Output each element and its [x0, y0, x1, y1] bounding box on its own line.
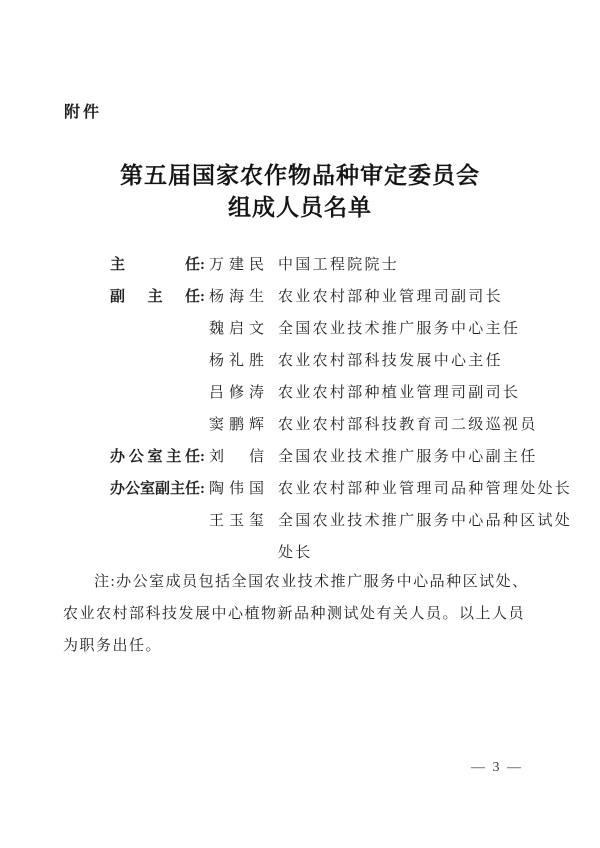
- attachment-label: 附件: [64, 99, 102, 122]
- member-name: 万建民: [209, 249, 265, 281]
- role-colon: :: [200, 249, 209, 281]
- member-name: 陶伟国: [209, 473, 265, 505]
- document-page: 附件 第五届国家农作物品种审定委员会 组成人员名单 主任: 万建民 中国工程院院…: [0, 0, 600, 848]
- member-title: 农业农村部科技发展中心主任: [278, 345, 574, 377]
- document-title-line2: 组成人员名单: [0, 192, 600, 224]
- role-label: 主任: [110, 249, 200, 281]
- roster-row-vice-chairman: 副主任: 杨海生 农业农村部种业管理司副司长: [110, 281, 574, 313]
- member-name: 魏启文: [209, 313, 265, 345]
- roster-row: 王玉玺 全国农业技术推广服务中心品种区试处处长: [110, 505, 574, 569]
- roster-row: 杨礼胜 农业农村部科技发展中心主任: [110, 345, 574, 377]
- member-title: 中国工程院院士: [278, 249, 574, 281]
- member-title: 全国农业技术推广服务中心品种区试处处长: [278, 505, 574, 569]
- role-colon: :: [200, 473, 209, 505]
- role-label: 办公室主任: [110, 441, 200, 473]
- roster-row-office-deputy-director: 办公室副主任: 陶伟国 农业农村部种业管理司品种管理处处长: [110, 473, 574, 505]
- footnote-line: 为职务出任。: [63, 630, 541, 662]
- member-title: 农业农村部种业管理司品种管理处处长: [278, 473, 574, 505]
- footnote: 注:办公室成员包括全国农业技术推广服务中心品种区试处、 农业农村部科技发展中心植…: [63, 566, 541, 662]
- member-title: 农业农村部种植业管理司副司长: [278, 377, 574, 409]
- member-title: 农业农村部科技教育司二级巡视员: [278, 409, 574, 441]
- role-colon: :: [200, 281, 209, 313]
- role-label: 副主任: [110, 281, 200, 313]
- roster-row: 吕修涛 农业农村部种植业管理司副司长: [110, 377, 574, 409]
- roster-row: 魏启文 全国农业技术推广服务中心主任: [110, 313, 574, 345]
- member-title: 全国农业技术推广服务中心主任: [278, 313, 574, 345]
- page-number: — 3 —: [471, 760, 523, 776]
- member-name: 窦鹏辉: [209, 409, 265, 441]
- footnote-line: 农业农村部科技发展中心植物新品种测试处有关人员。以上人员: [63, 598, 541, 630]
- member-name: 王玉玺: [209, 505, 265, 537]
- roster-row-office-director: 办公室主任: 刘信 全国农业技术推广服务中心副主任: [110, 441, 574, 473]
- member-title: 农业农村部种业管理司副司长: [278, 281, 574, 313]
- member-name: 吕修涛: [209, 377, 265, 409]
- committee-roster: 主任: 万建民 中国工程院院士 副主任: 杨海生 农业农村部种业管理司副司长 魏…: [110, 249, 574, 569]
- member-title: 全国农业技术推广服务中心副主任: [278, 441, 574, 473]
- footnote-line: 注:办公室成员包括全国农业技术推广服务中心品种区试处、: [63, 566, 541, 598]
- member-name: 杨礼胜: [209, 345, 265, 377]
- roster-row: 窦鹏辉 农业农村部科技教育司二级巡视员: [110, 409, 574, 441]
- member-name: 刘信: [209, 441, 265, 473]
- role-colon: :: [200, 441, 209, 473]
- roster-row-chairman: 主任: 万建民 中国工程院院士: [110, 249, 574, 281]
- role-label: 办公室副主任: [110, 473, 200, 505]
- member-name: 杨海生: [209, 281, 265, 313]
- document-title: 第五届国家农作物品种审定委员会 组成人员名单: [0, 160, 600, 224]
- document-title-line1: 第五届国家农作物品种审定委员会: [0, 160, 600, 192]
